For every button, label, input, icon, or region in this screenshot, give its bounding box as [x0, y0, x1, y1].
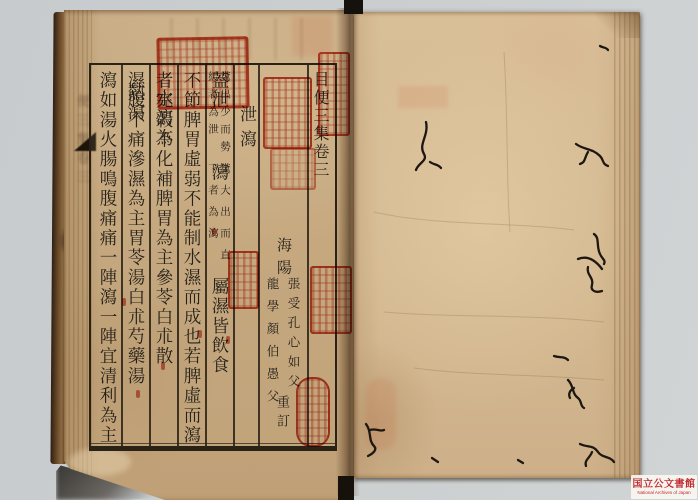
gutter-shadow [336, 8, 360, 496]
reading-mark [161, 362, 165, 370]
reading-mark [122, 298, 126, 306]
place-name: 海陽 [274, 237, 295, 282]
reading-mark [198, 330, 202, 338]
watermark-subtitle: National Archives of Japan [637, 490, 690, 496]
red-seal-right-upper [263, 77, 312, 149]
seal-bleedthrough [292, 16, 332, 56]
ink-squiggles [354, 12, 640, 478]
right-page [354, 12, 640, 478]
editor-name-right: 張受孔心如父 [284, 277, 302, 394]
archives-watermark: 国立公文書館 National Archives of Japan [631, 475, 697, 499]
body-column-c: 者完榖不化補脾胃為主參苓白朮散水瀉為 [149, 65, 177, 446]
watermark-title: 国立公文書館 [633, 479, 696, 490]
body-column-e: 瀉如湯火腸鳴腹痛痛一陣瀉一陣宜清利為主 [93, 65, 121, 446]
body-column-d: 濕腹不痛滲濕為主胃苓湯白朮芍藥湯熱瀉 [121, 65, 149, 446]
body-column-b: 不節脾胃虛弱不能制水濕而成也若脾虛而瀉 [177, 65, 205, 446]
reading-mark [136, 390, 140, 398]
gutter-gap-bottom [338, 476, 354, 500]
archive-photo-stage: 便三集卷三 目便三集卷三 海陽 張受孔心如父 龍學顏伯愚父 重訂 泄瀉 葢泄糞出… [0, 0, 698, 500]
reading-mark [226, 336, 230, 344]
editor-name-left: 龍學顏伯愚父 [263, 277, 281, 412]
red-seal-right-lower [270, 148, 316, 190]
body-text: 熱瀉 [121, 83, 149, 122]
red-seal-oval [296, 377, 330, 447]
note-left: 下者為瀉 [207, 163, 219, 249]
gutter-gap-top [344, 0, 363, 14]
editor-role: 重訂 [272, 395, 291, 433]
red-seal-large-top [156, 36, 249, 110]
fore-edge [64, 10, 92, 500]
reading-mark [212, 228, 216, 236]
red-seal-small-square [228, 251, 259, 309]
